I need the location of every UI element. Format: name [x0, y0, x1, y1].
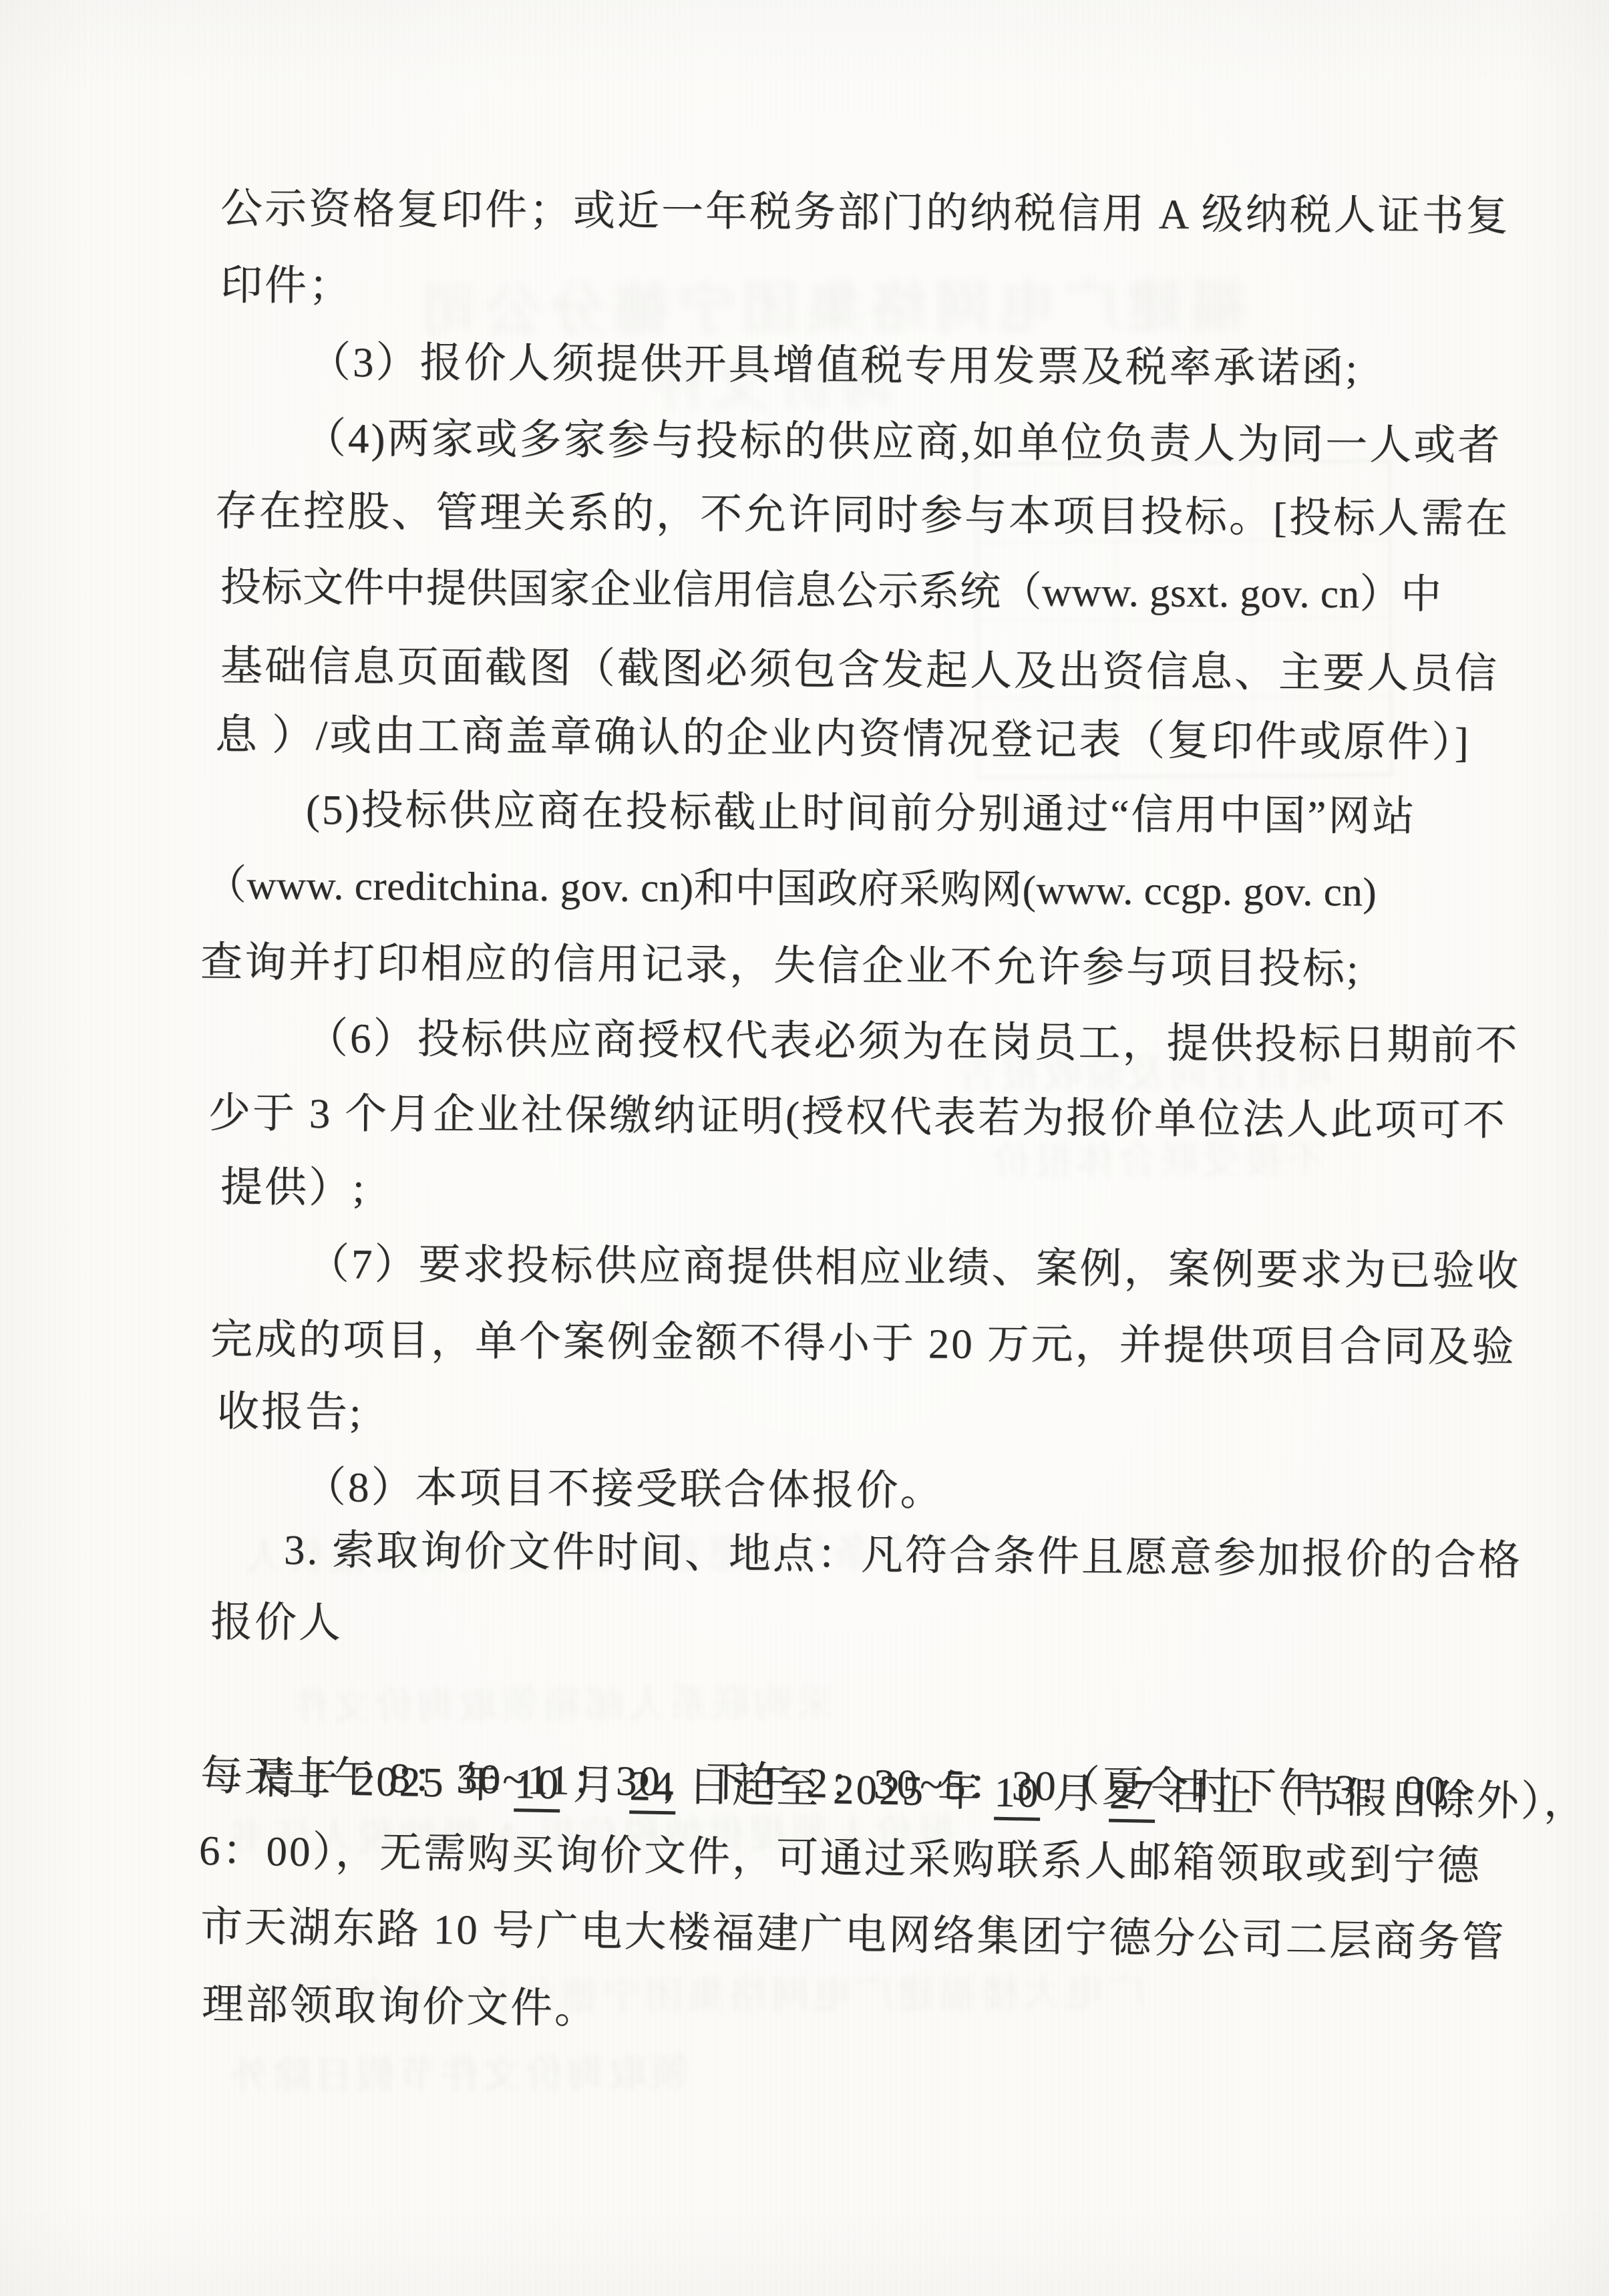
- item-4-line: （4)两家或多家参与投标的供应商,如单位负责人为同一人或者: [304, 400, 1502, 484]
- text-line-gsxt-url: 投标文件中提供国家企业信用信息公示系统（www. gsxt. gov. cn）中: [220, 550, 1442, 633]
- section-3-heading-line: 3. 索取询价文件时间、地点：凡符合条件且愿意参加报价的合格: [284, 1512, 1523, 1599]
- text-line: 公示资格复印件；或近一年税务部门的纳税信用 A 级纳税人证书复: [220, 170, 1510, 255]
- text-line: 存在控股、管理关系的，不允许同时参与本项目投标。[投标人需在: [215, 473, 1510, 557]
- item-3-line: （3）报价人须提供开具增值税专用发票及税率承诺函;: [309, 324, 1360, 407]
- text-line: 收报告;: [217, 1373, 363, 1450]
- item-6-line: （6）投标供应商授权代表必须为在岗员工，提供投标日期前不: [306, 1000, 1519, 1084]
- bleedthrough-ghost-text: 领取询价文件节假日除外: [227, 2041, 691, 2101]
- text-line: 印件；: [220, 247, 353, 324]
- text-line: 少于 3 个月企业社保缴纳证明(授权代表若为报价单位法人此项可不: [208, 1075, 1507, 1159]
- text-line: 息 ）/或由工商盖章确认的企业内资情况登记表（复印件或原件）]: [215, 697, 1471, 780]
- text-line: 查询并打印相应的信用记录，失信企业不允许参与项目投标;: [200, 924, 1361, 1007]
- text-line: 提供）;: [220, 1149, 367, 1226]
- text-line: 理部领取询价文件。: [201, 1966, 598, 2047]
- item-5-line: (5)投标供应商在投标截止时间前分别通过“信用中国”网站: [306, 772, 1417, 854]
- address-line: 市天湖东路 10 号广电大楼福建广电网络集团宁德分公司二层商务管: [200, 1889, 1506, 1981]
- scanned-document-page: 福建广电网络集团宁德分公司 询价文件 项目合同及验收报告 不接受联合体报价 凡符…: [0, 0, 1609, 2296]
- text-line: 报价人: [210, 1584, 343, 1661]
- item-7-line: （7）要求投标供应商提供相应业绩、案例，案例要求为已验收: [307, 1226, 1521, 1309]
- text-line-credit-urls: （www. creditchina. gov. cn)和中国政府采购网(www.…: [206, 848, 1377, 931]
- text-line: 完成的项目，单个案例金额不得小于 20 万元，并提供项目合同及验: [210, 1301, 1516, 1385]
